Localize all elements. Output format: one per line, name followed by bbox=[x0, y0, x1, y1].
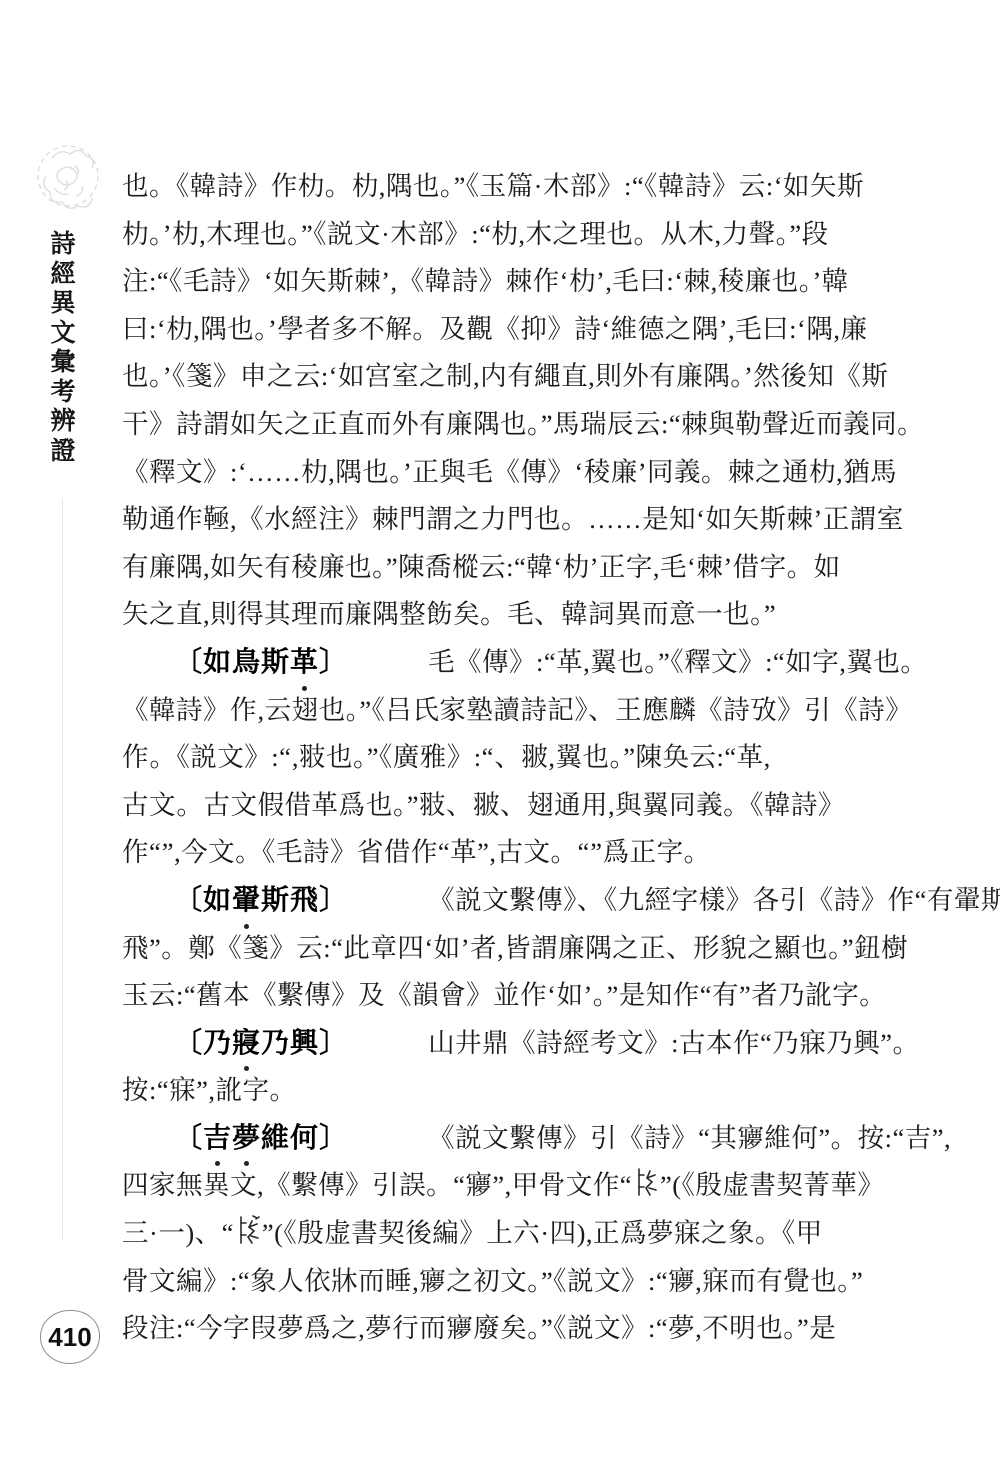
entry-heading-line: 〔吉夢維何〕《説文繫傳》引《詩》“其㝱維何”。按:“吉”, bbox=[122, 1115, 892, 1163]
entry-heading: 〔吉夢維何〕 bbox=[174, 1123, 348, 1154]
floral-emblem-graphic bbox=[30, 136, 106, 220]
text-line: 玉云:“舊本《繫傳》及《韻會》並作‘如’。”是知作“有”者乃訛字。 bbox=[122, 972, 892, 1020]
emphasized-char: 寢 bbox=[232, 1020, 261, 1068]
text-line: 作“𩏨”,今文。《毛詩》省借作“革”,古文。“𩏨”爲正字。 bbox=[122, 829, 892, 877]
text-line: 按:“寐”,訛字。 bbox=[122, 1067, 892, 1115]
text-line: 《韓詩》作𩏨,云翅也。”《吕氏家塾讀詩記》、王應麟《詩攷》引《詩》 bbox=[122, 687, 892, 735]
main-text-block: 也。《韓詩》作朸。朸,隅也。”《玉篇·木部》:“《韓詩》云:‘如矢斯 朸。’朸,… bbox=[122, 163, 892, 1353]
text-line: 古文𩏨。古文假借革爲𩏨也。”翄、翍、翅通用,與翼同義。《韓詩》 bbox=[122, 782, 892, 830]
entry-heading-line: 〔乃寢乃興〕山井鼎《詩經考文》:古本作“乃寐乃興”。 bbox=[122, 1020, 892, 1068]
text-line: 勒通作䩯,《水經注》棘門謂之力門也。……是知‘如矢斯棘’正謂室 bbox=[122, 496, 892, 544]
emphasized-char: 夢 bbox=[232, 1115, 261, 1163]
text-line: 《釋文》:‘……朸,隅也。’正與毛《傳》‘稜廉’同義。棘之通朸,猶馬 bbox=[122, 449, 892, 497]
entry-heading-line: 〔如鳥斯革〕毛《傳》:“革,翼也。”《釋文》:“如字,翼也。 bbox=[122, 639, 892, 687]
text-line: 朸。’朸,木理也。”《説文·木部》:“朸,木之理也。从木,力聲。”段 bbox=[122, 211, 892, 259]
oracle-bone-glyph-1 bbox=[633, 1166, 659, 1198]
text-line: 骨文編》:“象人依牀而睡,㝱之初文。”《説文》:“㝱,寐而有覺也。” bbox=[122, 1258, 892, 1306]
text-line: 有廉隅,如矢有稜廉也。”陳喬樅云:“韓‘朸’正字,毛‘棘’借字。如 bbox=[122, 544, 892, 592]
book-title: 詩經異文彙考辨證 bbox=[48, 230, 78, 466]
text-line: 干》詩謂如矢之正直而外有廉隅也。”馬瑞辰云:“棘與勒聲近而義同。 bbox=[122, 401, 892, 449]
entry-heading: 〔乃寢乃興〕 bbox=[174, 1028, 348, 1059]
entry-heading-line: 〔如翬斯飛〕《説文繫傳》、《九經字樣》各引《詩》作“有翬斯 bbox=[122, 877, 892, 925]
text-line: 山井鼎《詩經考文》:古本作“乃寐乃興”。 bbox=[428, 1028, 919, 1058]
emphasized-char: 翬 bbox=[232, 877, 261, 925]
text-line: 《説文繫傳》、《九經字樣》各引《詩》作“有翬斯 bbox=[428, 885, 1000, 915]
emphasized-char: 革 bbox=[290, 639, 319, 687]
text-line: 段注:“今字叚夢爲之,夢行而㝱廢矣。”《説文》:“夢,不明也。”是 bbox=[122, 1305, 892, 1353]
scanned-book-page: 詩經異文彙考辨證 410 也。《韓詩》作朸。朸,隅也。”《玉篇·木部》:“《韓詩… bbox=[0, 0, 1000, 1478]
text-line: 作𩏨。《説文》:“𩏨,翄也。”《廣雅》:“𩏨、翍,翼也。”陳奂云:“革, bbox=[122, 734, 892, 782]
entry-heading: 〔如鳥斯革〕 bbox=[174, 647, 348, 678]
text-line: 也。《韓詩》作朸。朸,隅也。”《玉篇·木部》:“《韓詩》云:‘如矢斯 bbox=[122, 163, 892, 211]
emphasized-char: 吉 bbox=[203, 1115, 232, 1163]
text-line: 注:“《毛詩》‘如矢斯棘’,《韓詩》棘作‘朸’,毛曰:‘棘,稜廉也。’韓 bbox=[122, 258, 892, 306]
text-line-with-glyph: 三·一)、“ ”(《殷虚書契後編》上六·四),正爲夢寐之象。《甲 bbox=[122, 1210, 892, 1258]
text-line: 曰:‘朸,隅也。’學者多不解。及觀《抑》詩‘維德之隅’,毛曰:‘隅,廉 bbox=[122, 306, 892, 354]
text-line: 矢之直,則得其理而廉隅整飭矣。毛、韓詞異而意一也。” bbox=[122, 591, 892, 639]
text-line: 毛《傳》:“革,翼也。”《釋文》:“如字,翼也。 bbox=[428, 647, 927, 677]
page-number: 410 bbox=[40, 1310, 100, 1364]
text-line: 《説文繫傳》引《詩》“其㝱維何”。按:“吉”, bbox=[428, 1123, 951, 1153]
oracle-bone-glyph-2 bbox=[235, 1214, 261, 1246]
margin-divider bbox=[62, 500, 63, 1240]
text-line-with-glyph: 四家無異文,《繫傳》引誤。“㝱”,甲骨文作“ ”(《殷虚書契菁華》 bbox=[122, 1162, 892, 1210]
text-line: 也。’《箋》申之云:‘如宫室之制,内有繩直,則外有廉隅。’然後知《斯 bbox=[122, 353, 892, 401]
text-line: 飛”。鄭《箋》云:“此章四‘如’者,皆謂廉隅之正、形貌之顯也。”鈕樹 bbox=[122, 925, 892, 973]
entry-heading: 〔如翬斯飛〕 bbox=[174, 885, 348, 916]
